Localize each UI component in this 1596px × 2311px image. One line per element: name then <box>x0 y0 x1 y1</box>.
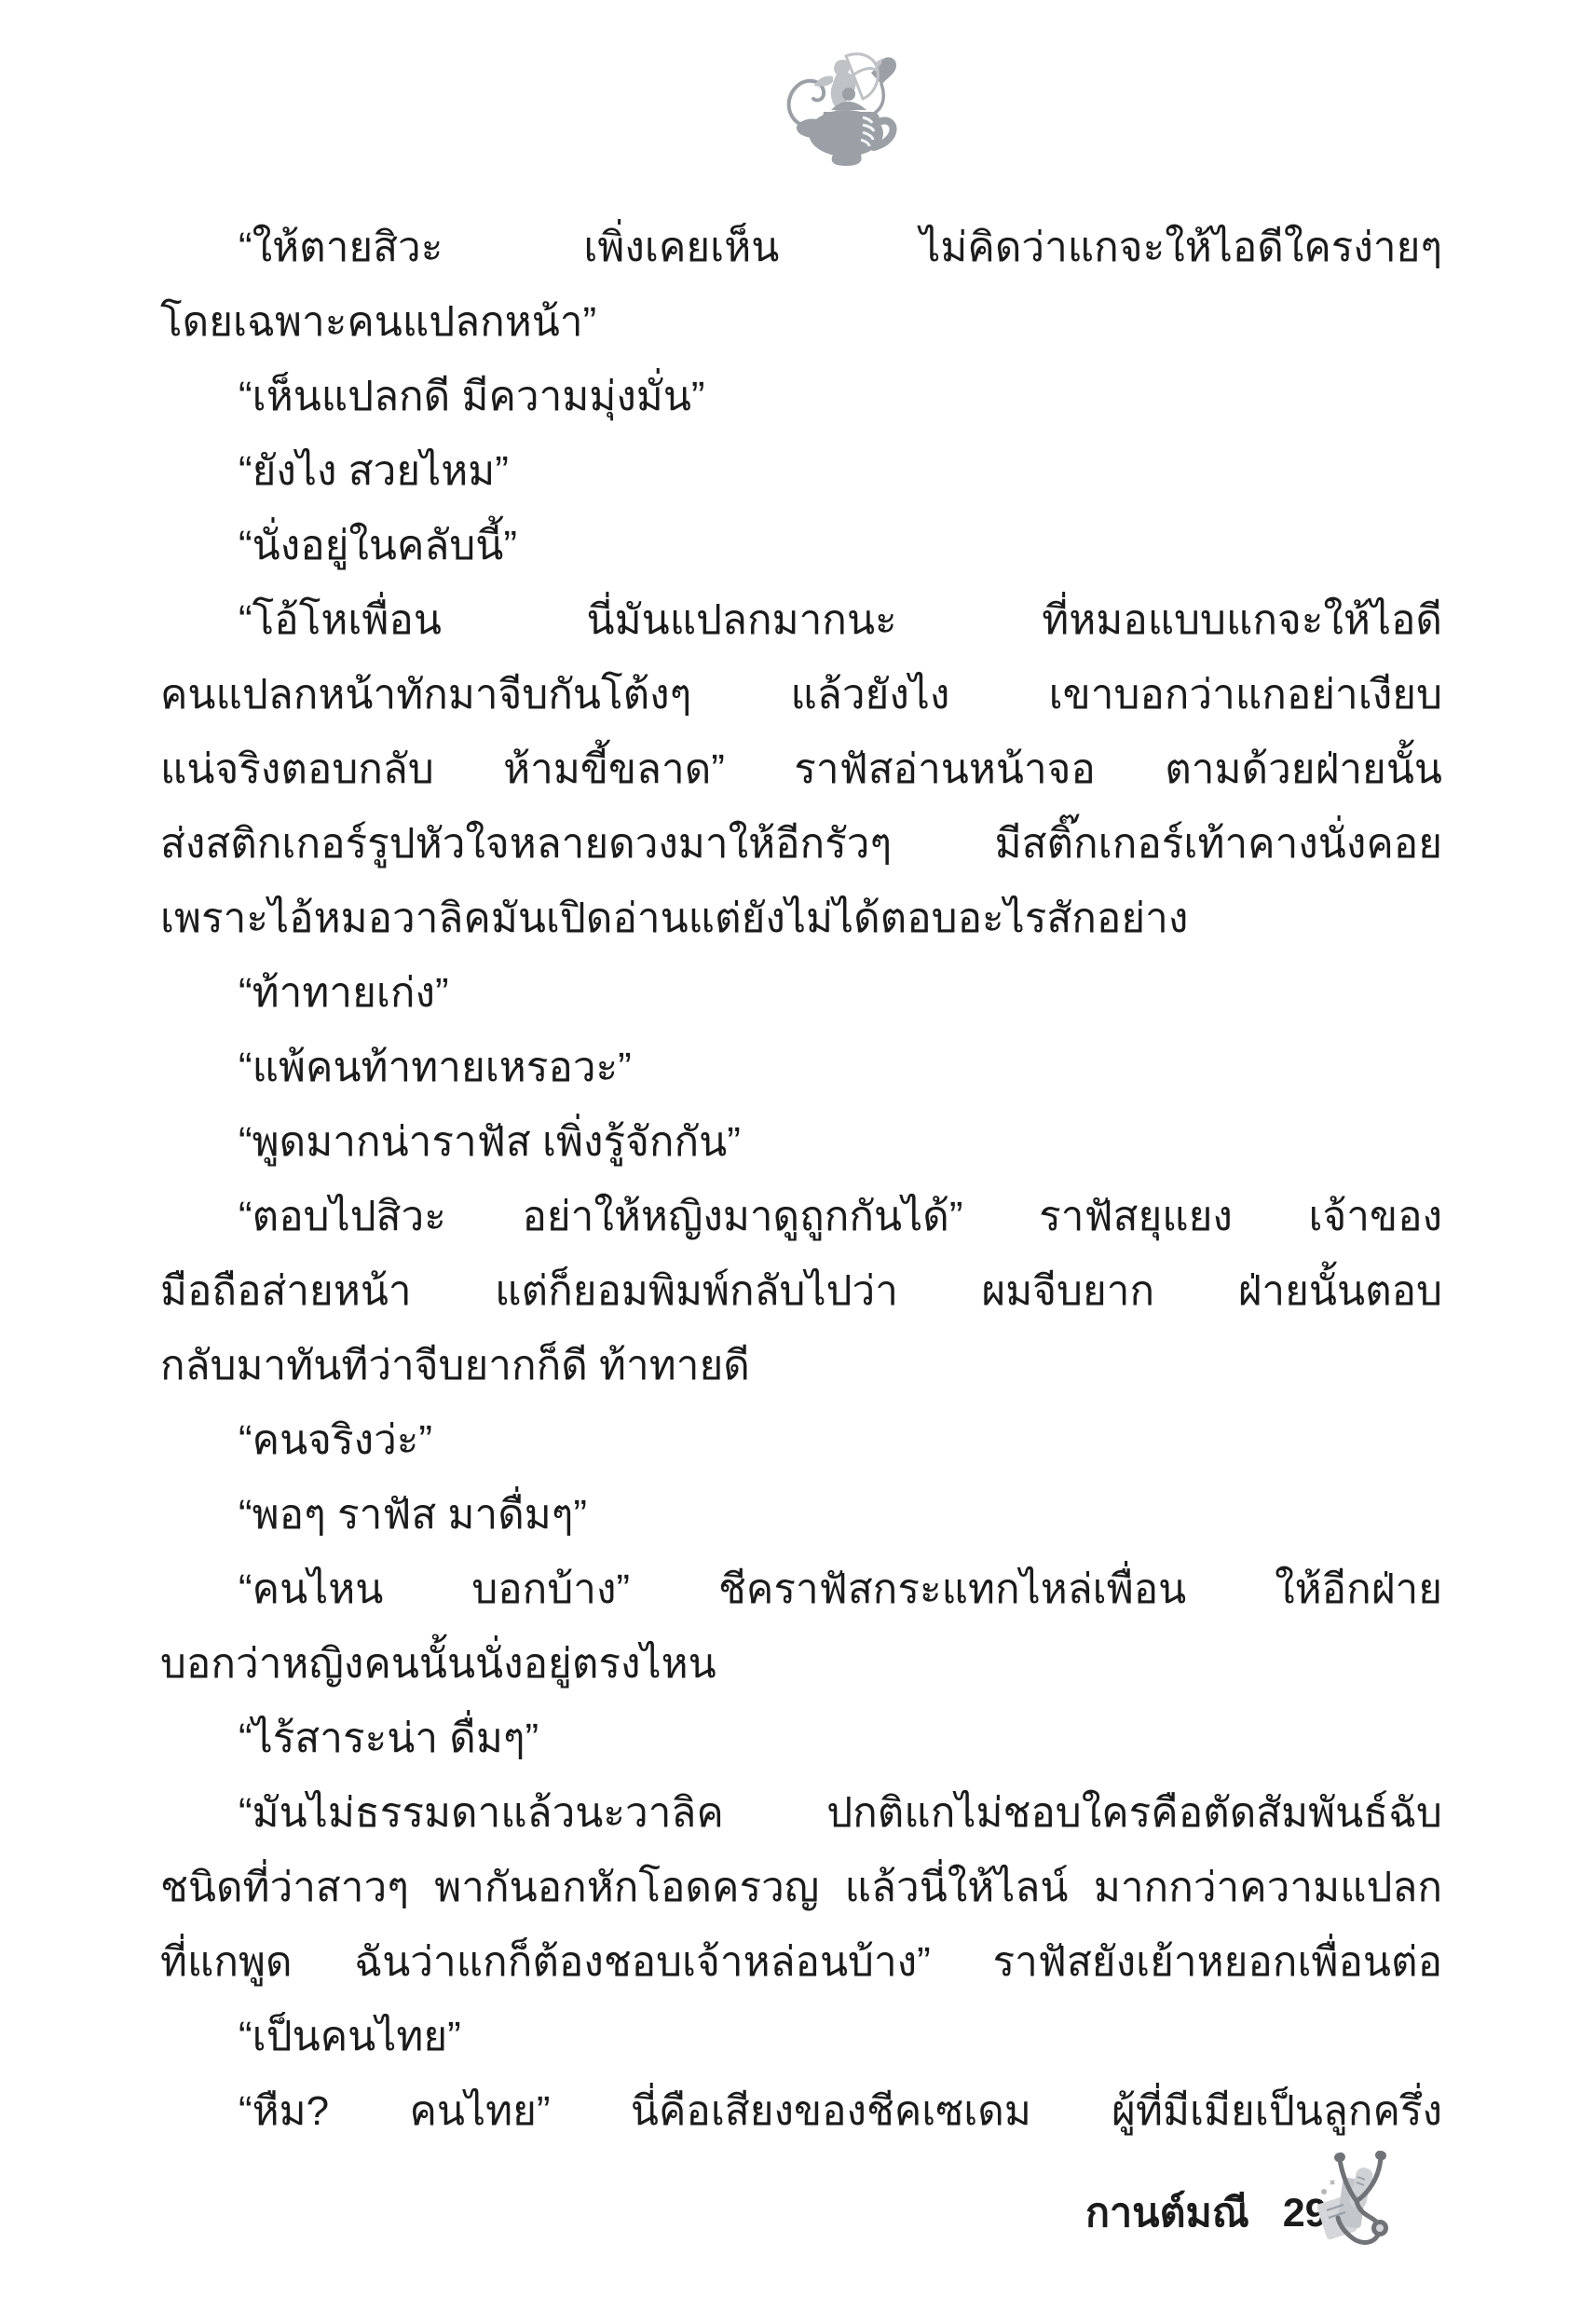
text-line: ชนิดที่ว่าสาวๆ พากันอกหักโอดครวญ แล้วนี่… <box>160 1851 1442 1925</box>
body-text: “ให้ตายสิวะ เพิ่งเคยเห็น ไม่คิดว่าแกจะให… <box>160 211 1442 2149</box>
text-line: “ไร้สาระน่า ดื่มๆ” <box>160 1702 1442 1776</box>
text-line: “ยังไง สวยไหม” <box>160 434 1442 509</box>
text-line: “แพ้คนท้าทายเหรอวะ” <box>160 1031 1442 1105</box>
text-line: “หืม? คนไทย” นี่คือเสียงของชีคเซเดม ผู้ท… <box>160 2074 1442 2149</box>
text-line: กลับมาทันทีว่าจีบยากก็ดี ท้าทายดี <box>160 1329 1442 1403</box>
text-line: “พอๆ ราฟัส มาดื่มๆ” <box>160 1478 1442 1552</box>
text-line: “ให้ตายสิวะ เพิ่งเคยเห็น ไม่คิดว่าแกจะให… <box>160 211 1442 285</box>
page-footer: กานต์มณี 29 <box>1085 2181 1328 2244</box>
text-line: “มันไม่ธรรมดาแล้วนะวาลิค ปกติแกไม่ชอบใคร… <box>160 1776 1442 1851</box>
text-line: คนแปลกหน้าทักมาจีบกันโต้งๆ แล้วยังไง เขา… <box>160 658 1442 732</box>
text-line: “คนไหน บอกบ้าง” ชีคราฟัสกระแทกไหล่เพื่อน… <box>160 1552 1442 1627</box>
footer-ornament <box>1312 2151 1401 2255</box>
text-line: โดยเฉพาะคนแปลกหน้า” <box>160 285 1442 360</box>
text-line: บอกว่าหญิงคนนั้นนั่งอยู่ตรงไหน <box>160 1627 1442 1702</box>
text-line: เพราะไอ้หมอวาลิคมันเปิดอ่านแต่ยังไม่ได้ต… <box>160 882 1442 956</box>
text-line: “โอ้โหเพื่อน นี่มันแปลกมากนะ ที่หมอแบบแก… <box>160 583 1442 658</box>
book-title: กานต์มณี <box>1085 2181 1249 2244</box>
text-line: “คนจริงว่ะ” <box>160 1403 1442 1478</box>
text-line: ส่งสติกเกอร์รูปหัวใจหลายดวงมาให้อีกรัวๆ … <box>160 807 1442 882</box>
stethoscope-icon <box>1312 2151 1401 2255</box>
text-line: “พูดมากน่าราฟัส เพิ่งรู้จักกัน” <box>160 1105 1442 1180</box>
text-line: “เป็นคนไทย” <box>160 2000 1442 2074</box>
book-page: { "page": { "colors": { "text": "#1b1b1b… <box>0 0 1596 2311</box>
text-line: “นั่งอยู่ในคลับนี้” <box>160 509 1442 583</box>
text-line: “เห็นแปลกดี มีความมุ่งมั่น” <box>160 360 1442 434</box>
text-line: ที่แกพูด ฉันว่าแกก็ต้องชอบเจ้าหล่อนบ้าง”… <box>160 1925 1442 2000</box>
cupid-lamp-icon <box>784 43 902 175</box>
cupid-lamp-ornament <box>784 43 902 175</box>
text-line: แน่จริงตอบกลับ ห้ามขี้ขลาด” ราฟัสอ่านหน้… <box>160 732 1442 807</box>
text-line: มือถือส่ายหน้า แต่ก็ยอมพิมพ์กลับไปว่า ผม… <box>160 1254 1442 1329</box>
text-line: “ท้าทายเก่ง” <box>160 956 1442 1031</box>
text-line: “ตอบไปสิวะ อย่าให้หญิงมาดูถูกกันได้” ราฟ… <box>160 1180 1442 1254</box>
